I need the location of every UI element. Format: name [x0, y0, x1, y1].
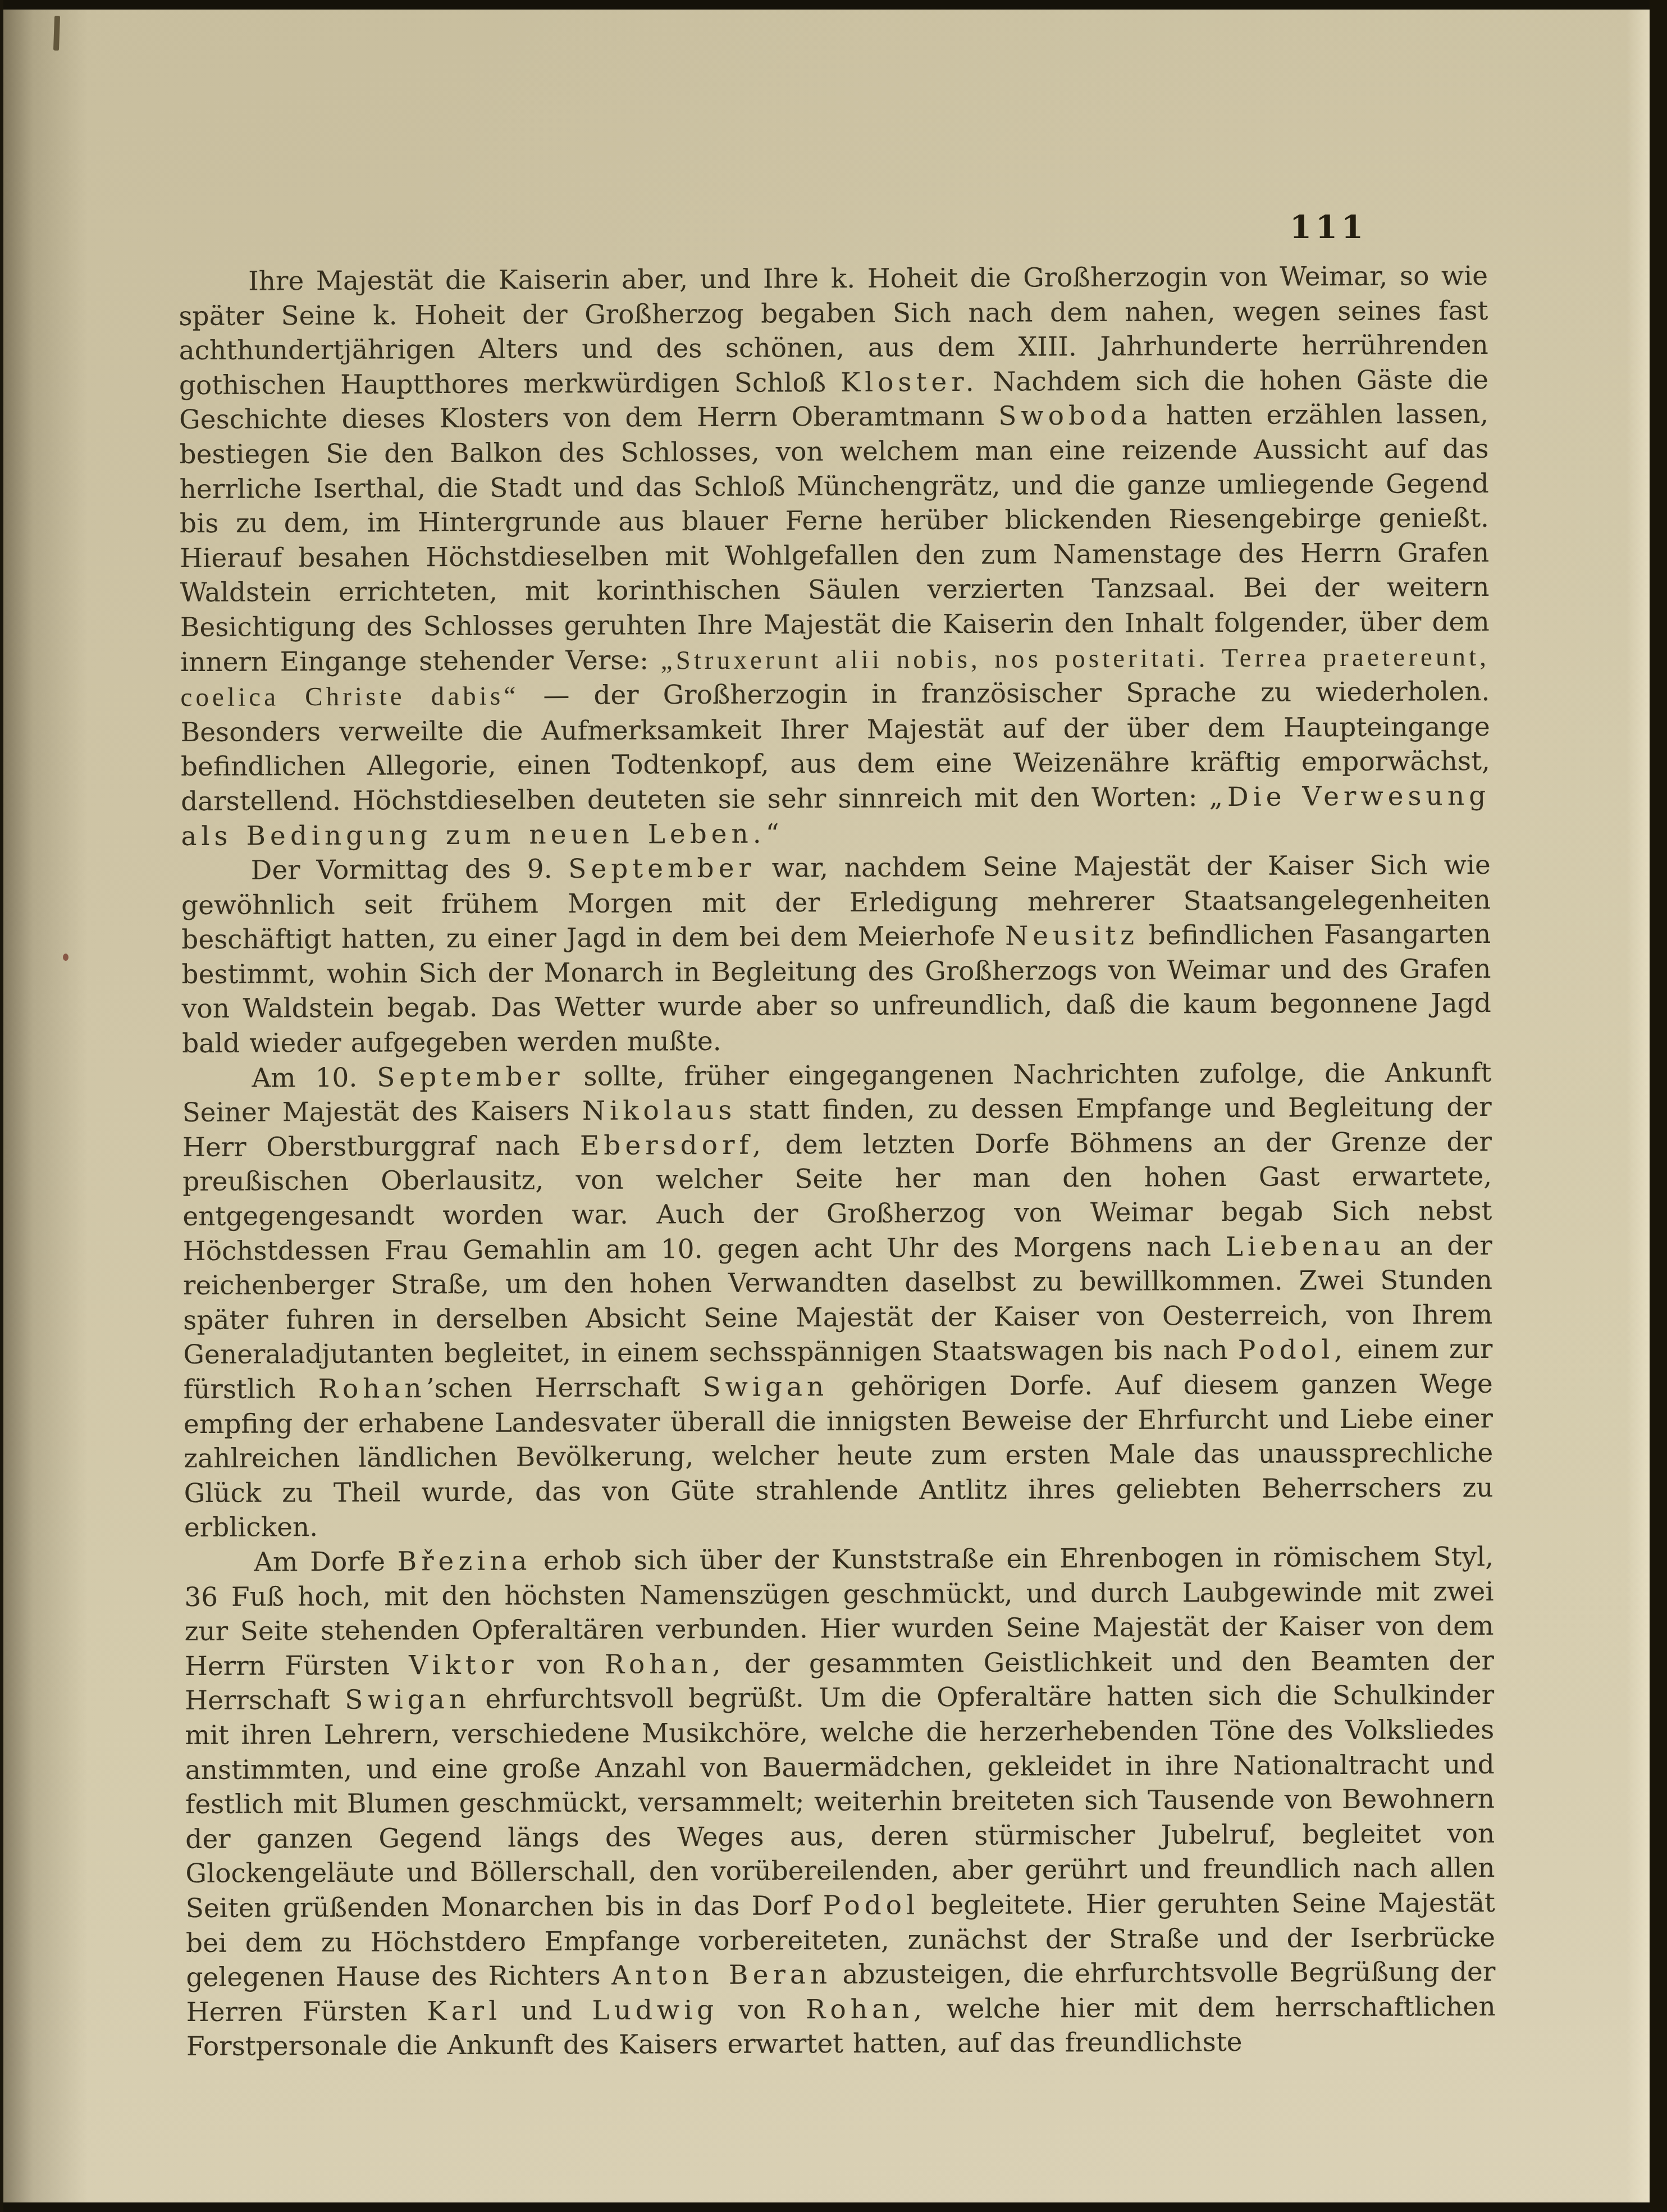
text-run-spaced: Nikolaus [582, 1095, 737, 1126]
page-edge-highlight [1616, 0, 1650, 2212]
scan-edge-left [0, 0, 3, 2212]
paragraph: Am Dorfe Březina erhob sich über der Kun… [184, 1540, 1496, 2064]
text-run: ’schen Herrschaft [426, 1372, 703, 1404]
text-run-spaced: Rohan, [806, 1994, 926, 2025]
paragraph: Ihre Majestät die Kaiserin aber, und Ihr… [179, 259, 1491, 854]
text-run-spaced: Ludwig [592, 1995, 718, 2026]
text-run: und [501, 1995, 592, 2027]
text-run: Der Vormittag des 9. [251, 854, 569, 886]
text-run-spaced: Podol [823, 1890, 920, 1921]
text-run-spaced: Podol, [1238, 1334, 1348, 1366]
paragraph: Am 10. September sollte, früher eingegan… [182, 1056, 1494, 1545]
text-run-spaced: Liebenau [1226, 1230, 1386, 1262]
text-run: ehrfurchtsvoll begrüßt. Um die Opferaltä… [185, 1680, 1504, 1924]
text-run-spaced: Ebersdorf, [580, 1129, 765, 1161]
text-run: Am Dorfe [254, 1546, 398, 1577]
text-run-spaced: Anton Beran [611, 1959, 832, 1991]
gutter-shadow [3, 0, 88, 2212]
scan-edge-top [0, 0, 1667, 10]
text-run-spaced: Březina [397, 1545, 531, 1577]
text-run: hatten erzählen lassen, bestiegen Sie de… [179, 399, 1499, 677]
scan-edge-bottom [0, 2202, 1667, 2212]
ink-fleck [63, 954, 68, 961]
text-run-spaced: Swoboda [998, 400, 1152, 432]
text-run-spaced: Neusitz [1005, 920, 1139, 952]
text-run: von [518, 1649, 604, 1681]
text-run-spaced: September [568, 853, 756, 884]
page-number: 111 [1278, 209, 1379, 246]
text-run-spaced: Kloster. [841, 367, 979, 398]
text-run: von [718, 1994, 806, 2026]
paragraph: Der Vormittag des 9. September war, nach… [181, 848, 1492, 1061]
scan-edge-right [1650, 0, 1667, 2212]
scanned-book-page: 111 Ihre Majestät die Kaiserin aber, und… [0, 0, 1667, 2212]
text-run: Am 10. [252, 1062, 377, 1093]
text-run-spaced: Rohan [318, 1373, 426, 1404]
text-run-spaced: Viktor [409, 1649, 518, 1681]
text-run-spaced: Swigan [702, 1371, 828, 1403]
text-run-spaced: Rohan, [604, 1649, 725, 1680]
text-run-spaced: Swigan [345, 1684, 471, 1716]
text-run-spaced: September [377, 1061, 564, 1093]
body-text: Ihre Majestät die Kaiserin aber, und Ihr… [179, 259, 1496, 2064]
text-run-spaced: Karl [427, 1995, 501, 2027]
